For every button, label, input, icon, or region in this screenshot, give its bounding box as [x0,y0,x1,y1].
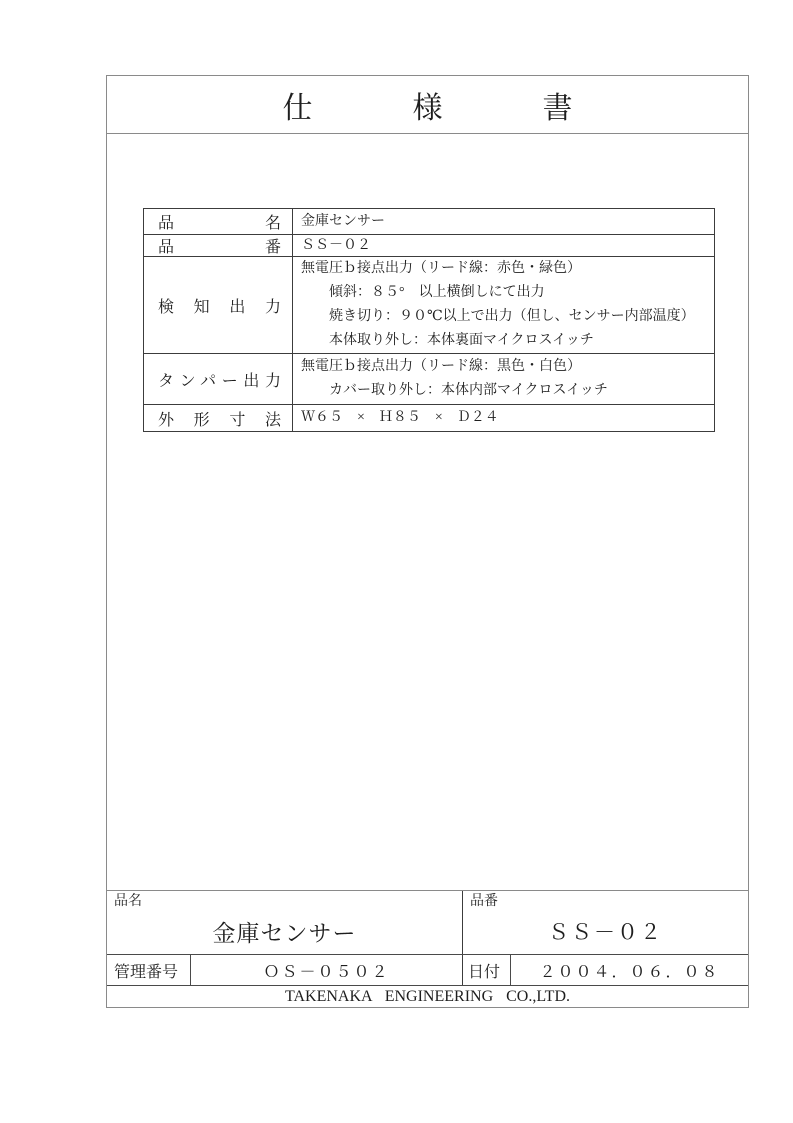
title-block-name-row: 品名 金庫センサー 品番 ＳＳ－０２ [107,891,748,954]
table-row-dimensions: 外形寸法 Ｗ６５ × Ｈ８５ × Ｄ２４ [144,404,714,431]
row-label: 品名 [158,210,281,233]
row-label: 外形寸法 [158,407,281,430]
row-value-line: 焼き切り：９０℃以上で出力（但し、センサー内部温度） [301,305,710,329]
document-border-frame: 仕様書 品名 金庫センサー 品番 ＳＳ－０２ 検知出力 無電圧ｂ接点出力（リード… [106,75,749,1008]
row-label: タンパー出力 [158,368,281,391]
row-value-cell: 無電圧ｂ接点出力（リード線：赤色・緑色） 傾斜：８５° 以上横倒しにて出力 焼き… [293,257,714,353]
row-label: 品番 [158,234,281,257]
product-number-label: 品番 [463,891,748,912]
document-title: 仕様書 [183,83,673,127]
row-value-line: ＳＳ－０２ [301,234,710,258]
row-label-cell: 外形寸法 [144,405,293,431]
row-label-cell: 品名 [144,209,293,234]
row-label-cell: 品番 [144,235,293,256]
document-title-bar: 仕様書 [107,76,748,134]
row-value-line: 傾斜：８５° 以上横倒しにて出力 [301,281,710,305]
row-value-line: 無電圧ｂ接点出力（リード線：黒色・白色） [301,355,710,379]
product-name-cell: 品名 金庫センサー [107,891,463,954]
row-value-cell: Ｗ６５ × Ｈ８５ × Ｄ２４ [293,405,714,431]
product-name-label: 品名 [107,891,462,912]
row-value-line: Ｗ６５ × Ｈ８５ × Ｄ２４ [301,406,710,430]
title-block-control-row: 管理番号 ＯＳ－０５０２ 日付 ２００４．０６．０８ [107,954,748,985]
spec-table: 品名 金庫センサー 品番 ＳＳ－０２ 検知出力 無電圧ｂ接点出力（リード線：赤色… [143,208,715,432]
row-label-cell: 検知出力 [144,257,293,353]
table-row-product-name: 品名 金庫センサー [144,209,714,234]
row-value-cell: 無電圧ｂ接点出力（リード線：黒色・白色） カバー取り外し：本体内部マイクロスイッ… [293,354,714,404]
row-value-line: カバー取り外し：本体内部マイクロスイッチ [301,379,710,403]
product-number-value: ＳＳ－０２ [463,912,748,954]
row-value-line: 金庫センサー [301,210,710,234]
date-value: ２００４．０６．０８ [511,955,748,985]
row-label-cell: タンパー出力 [144,354,293,404]
table-row-product-number: 品番 ＳＳ－０２ [144,234,714,256]
product-number-cell: 品番 ＳＳ－０２ [463,891,748,954]
row-label: 検知出力 [158,294,281,317]
product-name-value: 金庫センサー [107,912,462,954]
row-value-line: 無電圧ｂ接点出力（リード線：赤色・緑色） [301,257,710,281]
company-name: TAKENAKA ENGINEERING CO.,LTD. [285,988,570,1006]
company-name-row: TAKENAKA ENGINEERING CO.,LTD. [107,985,748,1007]
row-value-cell: 金庫センサー [293,209,714,234]
specification-document-page: 仕様書 品名 金庫センサー 品番 ＳＳ－０２ 検知出力 無電圧ｂ接点出力（リード… [0,0,793,1123]
control-number-label: 管理番号 [107,955,191,985]
table-row-tamper-output: タンパー出力 無電圧ｂ接点出力（リード線：黒色・白色） カバー取り外し：本体内部… [144,353,714,404]
control-number-value: ＯＳ－０５０２ [191,955,463,985]
row-value-cell: ＳＳ－０２ [293,235,714,256]
row-value-line: 本体取り外し：本体裏面マイクロスイッチ [301,329,710,353]
date-label: 日付 [463,955,511,985]
title-block: 品名 金庫センサー 品番 ＳＳ－０２ 管理番号 ＯＳ－０５０２ 日付 ２００４．… [107,890,748,1007]
table-row-detection-output: 検知出力 無電圧ｂ接点出力（リード線：赤色・緑色） 傾斜：８５° 以上横倒しにて… [144,256,714,353]
